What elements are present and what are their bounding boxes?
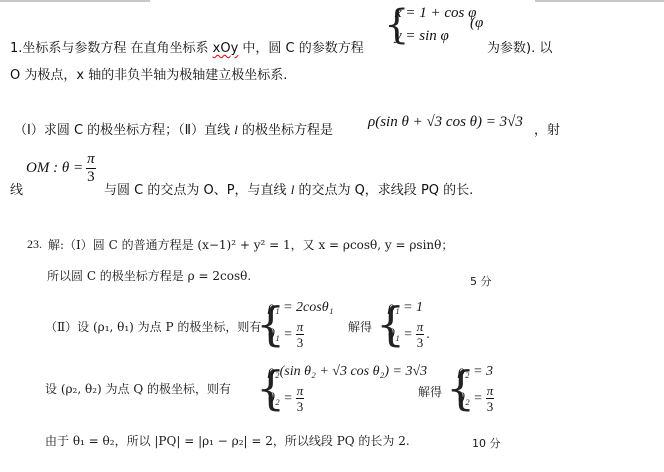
problem-line-4: 与圆 C 的交点为 O、P，与直线 l 的交点为 Q，求线段 PQ 的长. [104,179,473,198]
fraction-numerator: π [416,320,425,335]
eq-left: θ₁ = [268,327,293,343]
sol2-eq2: θ₂ = π 3 [458,384,494,413]
score-5: 5 分 [470,273,492,289]
fraction-pi-over-3: π 3 [296,384,305,413]
fraction-denominator: 3 [87,169,95,185]
system-2: { ρ₂(sin θ₂ + √3 cos θ₂) = 3√3 θ₂ = π 3 [256,362,436,420]
fraction-numerator: π [486,384,495,399]
solution-number: 23. [27,237,42,252]
solution-system-1: { ρ₁ = 1 θ₁ = π 3 . [376,298,446,356]
param-eq-x: x = 1 + cos φ [395,5,476,22]
solution-system-2: { ρ₂ = 3 θ₂ = π 3 [446,362,516,420]
problem-text: 的交点为 Q，求线段 PQ 的长. [294,183,473,198]
fraction-numerator: π [296,320,305,335]
fraction-pi-over-3: π 3 [486,384,495,413]
solve-label-2: 解得 [418,383,442,400]
solution-part1-line1: 解:（Ⅰ）圆 C 的普通方程是 (x−1)² + y² = 1，又 x = ρc… [48,236,453,253]
problem-text: 1.坐标系与参数方程 在直角坐标系 [10,41,213,56]
fraction-pi-over-3: π 3 [296,320,305,349]
problem-text: 的极坐标方程是 [238,123,333,138]
top-border-right [535,0,664,2]
ray-eq-left: OM : θ = [26,160,83,177]
problem-text: ，射 [534,119,560,138]
problem-line-1: 1.坐标系与参数方程 在直角坐标系 xOy 中，圆 C 的参数方程 [10,37,364,56]
problem-text: 与圆 C 的交点为 O、P，与直线 [104,183,291,198]
score-10: 10 分 [472,435,501,451]
fraction-pi-over-3: π 3 [416,320,425,349]
param-open: (φ [470,15,483,32]
line-polar-equation: ρ(sin θ + √3 cos θ) = 3√3 [368,114,523,131]
fraction-numerator: π [296,384,305,399]
problem-text: 中，圆 C 的参数方程 [238,41,363,56]
eq-left: θ₁ = [388,327,413,343]
solve-label-1: 解得 [348,318,372,335]
fraction-denominator: 3 [487,399,494,413]
problem-line-2: O 为极点，x 轴的非负半轴为极轴建立极坐标系. [10,64,287,83]
sol1-eq2: θ₁ = π 3 . [388,320,430,349]
system-1: { ρ₁ = 2cosθ₁ θ₁ = π 3 [256,298,346,356]
fraction-denominator: 3 [297,399,304,413]
sys2-eq2: θ₂ = π 3 [268,384,304,413]
sys1-eq1: ρ₁ = 2cosθ₁ [268,300,333,316]
solution-part2-q-intro: 设 (ρ₂, θ₂) 为点 Q 的极坐标，则有 [45,380,231,397]
solution-conclusion: 由于 θ₁ = θ₂，所以 |PQ| = |ρ₁ − ρ₂| = 2，所以线段 … [45,432,410,449]
fraction-denominator: 3 [297,335,304,349]
problem-text: （Ⅰ）求圆 C 的极坐标方程；（Ⅱ）直线 [14,123,234,138]
problem-text: 线 [10,179,23,198]
fraction-denominator: 3 [417,335,424,349]
top-border-left [0,0,150,2]
ray-equation: OM : θ = π 3 [26,152,96,185]
sol2-eq1: ρ₂ = 3 [458,364,493,380]
solution-part1-line2: 所以圆 C 的极坐标方程是 ρ = 2cosθ. [47,267,251,284]
sys2-eq1: ρ₂(sin θ₂ + √3 cos θ₂) = 3√3 [268,364,427,380]
param-eq-y: y = sin φ [395,28,449,45]
problem-line-3: （Ⅰ）求圆 C 的极坐标方程；（Ⅱ）直线 l 的极坐标方程是 [14,119,333,138]
sol1-eq1: ρ₁ = 1 [388,300,423,316]
param-suffix: 为参数). 以 [487,37,552,56]
sys1-eq2: θ₁ = π 3 [268,320,304,349]
eq-left: θ₂ = [268,391,293,407]
fraction-pi-over-3: π 3 [86,152,96,185]
spellcheck-xoy: xOy [213,41,239,56]
eq-left: θ₂ = [458,391,483,407]
fraction-numerator: π [86,152,96,169]
solution-part2-intro: （Ⅱ）设 (ρ₁, θ₁) 为点 P 的极坐标，则有 [45,318,261,335]
